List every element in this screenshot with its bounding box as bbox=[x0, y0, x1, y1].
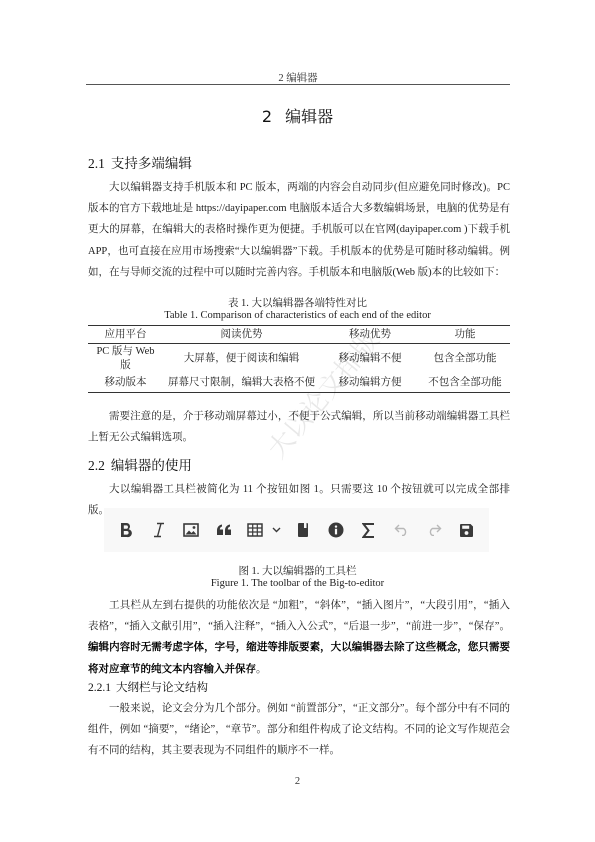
section-number: 2.2 bbox=[88, 458, 105, 473]
toolbar-functions-text: 工具栏从左到右提供的功能依次是 “加粗”，“斜体”，“插入图片”，“大段引用”，… bbox=[88, 600, 510, 632]
section-heading-2-2: 2.2编辑器的使用 bbox=[88, 454, 192, 474]
insert-note-button[interactable] bbox=[326, 520, 346, 540]
table-cell: 移动编辑方便 bbox=[320, 374, 420, 393]
table-cell: 不包含全部功能 bbox=[420, 374, 510, 393]
undo-icon bbox=[394, 524, 410, 536]
chevron-down-icon[interactable] bbox=[272, 527, 281, 533]
table-cell: 屏幕尺寸限制，编辑大表格不便 bbox=[163, 374, 320, 393]
editor-toolbar-figure bbox=[104, 508, 489, 552]
chapter-number: 2 bbox=[262, 107, 272, 126]
section-title: 大纲栏与论文结构 bbox=[116, 680, 208, 694]
table-cell: PC 版与 Web 版 bbox=[88, 344, 163, 375]
chapter-title-text: 编辑器 bbox=[285, 107, 333, 126]
bold-icon bbox=[119, 522, 133, 538]
section-number: 2.1 bbox=[88, 156, 105, 171]
header-rule bbox=[86, 84, 510, 85]
comparison-table: 应用平台 阅读优势 移动优势 功能 PC 版与 Web 版 大屏幕，便于阅读和编… bbox=[88, 325, 510, 393]
quote-icon bbox=[216, 524, 232, 536]
table-header: 应用平台 bbox=[88, 326, 163, 344]
table-cell: 大屏幕，便于阅读和编辑 bbox=[163, 344, 320, 375]
blockquote-button[interactable] bbox=[214, 520, 234, 540]
chapter-title: 2 编辑器 bbox=[0, 104, 595, 127]
save-button[interactable] bbox=[457, 520, 477, 540]
sentence-end: 。 bbox=[256, 664, 267, 675]
table-cell: 移动版本 bbox=[88, 374, 163, 393]
table-header-row: 应用平台 阅读优势 移动优势 功能 bbox=[88, 326, 510, 344]
paragraph-toolbar-functions: 工具栏从左到右提供的功能依次是 “加粗”，“斜体”，“插入图片”，“大段引用”，… bbox=[88, 595, 510, 680]
section-title: 编辑器的使用 bbox=[111, 458, 192, 474]
table-header: 功能 bbox=[420, 326, 510, 344]
table-header: 移动优势 bbox=[320, 326, 420, 344]
figure-caption-en: Figure 1. The toolbar of the Big-to-edit… bbox=[0, 578, 595, 589]
paragraph-2-2-1: 一般来说，论文会分为几个部分。例如 “前置部分”，“正文部分”。每个部分中有不同… bbox=[88, 698, 510, 762]
save-icon bbox=[459, 523, 474, 538]
running-header: 2 编辑器 bbox=[86, 70, 510, 85]
section-heading-2-1: 2.1支持多端编辑 bbox=[88, 152, 192, 172]
redo-icon bbox=[426, 524, 442, 536]
undo-button[interactable] bbox=[392, 520, 412, 540]
book-icon bbox=[297, 522, 309, 538]
insert-image-button[interactable] bbox=[181, 520, 201, 540]
page-number: 2 bbox=[0, 776, 595, 787]
info-icon bbox=[328, 522, 344, 538]
document-page: 2 编辑器 2 编辑器 2.1支持多端编辑 大以编辑器支持手机版本和 PC 版本… bbox=[0, 0, 595, 842]
table-caption-cn: 表 1. 大以编辑器各端特性对比 bbox=[0, 295, 595, 310]
italic-button[interactable] bbox=[149, 520, 169, 540]
redo-button[interactable] bbox=[424, 520, 444, 540]
section-number: 2.2.1 bbox=[88, 682, 111, 694]
insert-formula-button[interactable] bbox=[359, 520, 379, 540]
paragraph-2-1-note: 需要注意的是，介于移动端屏幕过小，不便于公式编辑，所以当前移动端编辑器工具栏上暂… bbox=[88, 406, 510, 448]
table-header: 阅读优势 bbox=[163, 326, 320, 344]
toolbar-functions-bold-text: 编辑内容时无需考虑字体，字号，缩进等排版要素，大以编辑器去除了这些概念，您只需要… bbox=[88, 642, 510, 674]
table-cell: 移动编辑不便 bbox=[320, 344, 420, 375]
insert-table-button[interactable] bbox=[247, 520, 281, 540]
table-row: PC 版与 Web 版 大屏幕，便于阅读和编辑 移动编辑不便 包含全部功能 bbox=[88, 344, 510, 375]
image-icon bbox=[183, 523, 199, 537]
table-caption-en: Table 1. Comparison of characteristics o… bbox=[0, 310, 595, 321]
table-cell: 包含全部功能 bbox=[420, 344, 510, 375]
italic-icon bbox=[153, 522, 165, 538]
sigma-icon bbox=[362, 523, 375, 538]
table-row: 移动版本 屏幕尺寸限制，编辑大表格不便 移动编辑方便 不包含全部功能 bbox=[88, 374, 510, 393]
insert-citation-button[interactable] bbox=[293, 520, 313, 540]
figure-caption-cn: 图 1. 大以编辑器的工具栏 bbox=[0, 563, 595, 578]
bold-button[interactable] bbox=[116, 520, 136, 540]
table-icon bbox=[247, 523, 263, 537]
section-title: 支持多端编辑 bbox=[111, 156, 192, 172]
section-heading-2-2-1: 2.2.1大纲栏与论文结构 bbox=[88, 679, 208, 695]
paragraph-2-1-intro: 大以编辑器支持手机版本和 PC 版本，两端的内容会自动同步(但应避免同时修改)。… bbox=[88, 177, 510, 283]
